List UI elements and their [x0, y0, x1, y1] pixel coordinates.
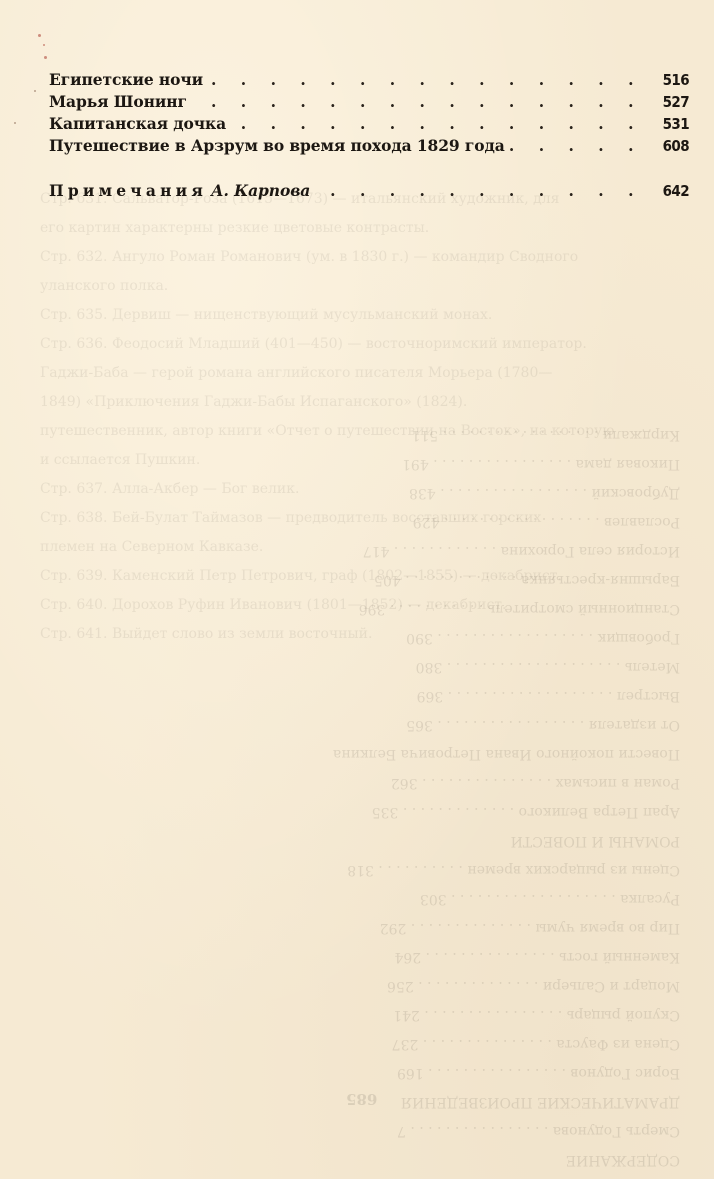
paper-speck	[43, 44, 45, 46]
paper-speck	[38, 34, 41, 37]
table-of-contents: Египетские ночи . . . . . . . . . . . . …	[49, 70, 689, 203]
dot-leader: . . . . . . . . . . . . . . . . . . . . …	[314, 181, 643, 200]
toc-entry[interactable]: Египетские ночи . . . . . . . . . . . . …	[49, 70, 689, 92]
dot-leader: . . . . . . . . . . . . . . . . . . . . …	[191, 92, 643, 111]
toc-entry[interactable]: Путешествие в Арзрум во время похода 182…	[49, 136, 689, 158]
toc-entry-page: 608	[643, 137, 689, 155]
notes-author: А. Карпова	[211, 181, 310, 200]
paper-speck	[34, 90, 36, 92]
toc-entry-page: 531	[643, 115, 689, 133]
dot-leader: . . . . . . . . . . . . . . . . . . . . …	[230, 114, 643, 133]
dot-leader: . . . . . . . . . . . . . . . . . . . . …	[509, 136, 643, 155]
toc-entry-title: Марья Шонинг	[49, 92, 191, 111]
toc-entry-title: Капитанская дочка	[49, 114, 230, 133]
bleed-through-page-number: 685	[346, 1090, 377, 1108]
dot-leader: . . . . . . . . . . . . . . . . . . . . …	[207, 70, 643, 89]
toc-entry-page: 642	[643, 182, 689, 200]
toc-notes-title: ПримечанияА. Карпова	[49, 181, 314, 200]
toc-entry[interactable]: Марья Шонинг . . . . . . . . . . . . . .…	[49, 92, 689, 114]
toc-entry-page: 527	[643, 93, 689, 111]
paper-speck	[44, 56, 47, 59]
toc-entry-page: 516	[643, 71, 689, 89]
toc-entry[interactable]: Капитанская дочка . . . . . . . . . . . …	[49, 114, 689, 136]
toc-entry-title: Путешествие в Арзрум во время похода 182…	[49, 136, 509, 155]
toc-entry-notes[interactable]: ПримечанияА. Карпова . . . . . . . . . .…	[49, 181, 689, 203]
toc-entry-title: Египетские ночи	[49, 70, 207, 89]
paper-speck	[14, 122, 16, 124]
notes-label: Примечания	[49, 181, 207, 200]
